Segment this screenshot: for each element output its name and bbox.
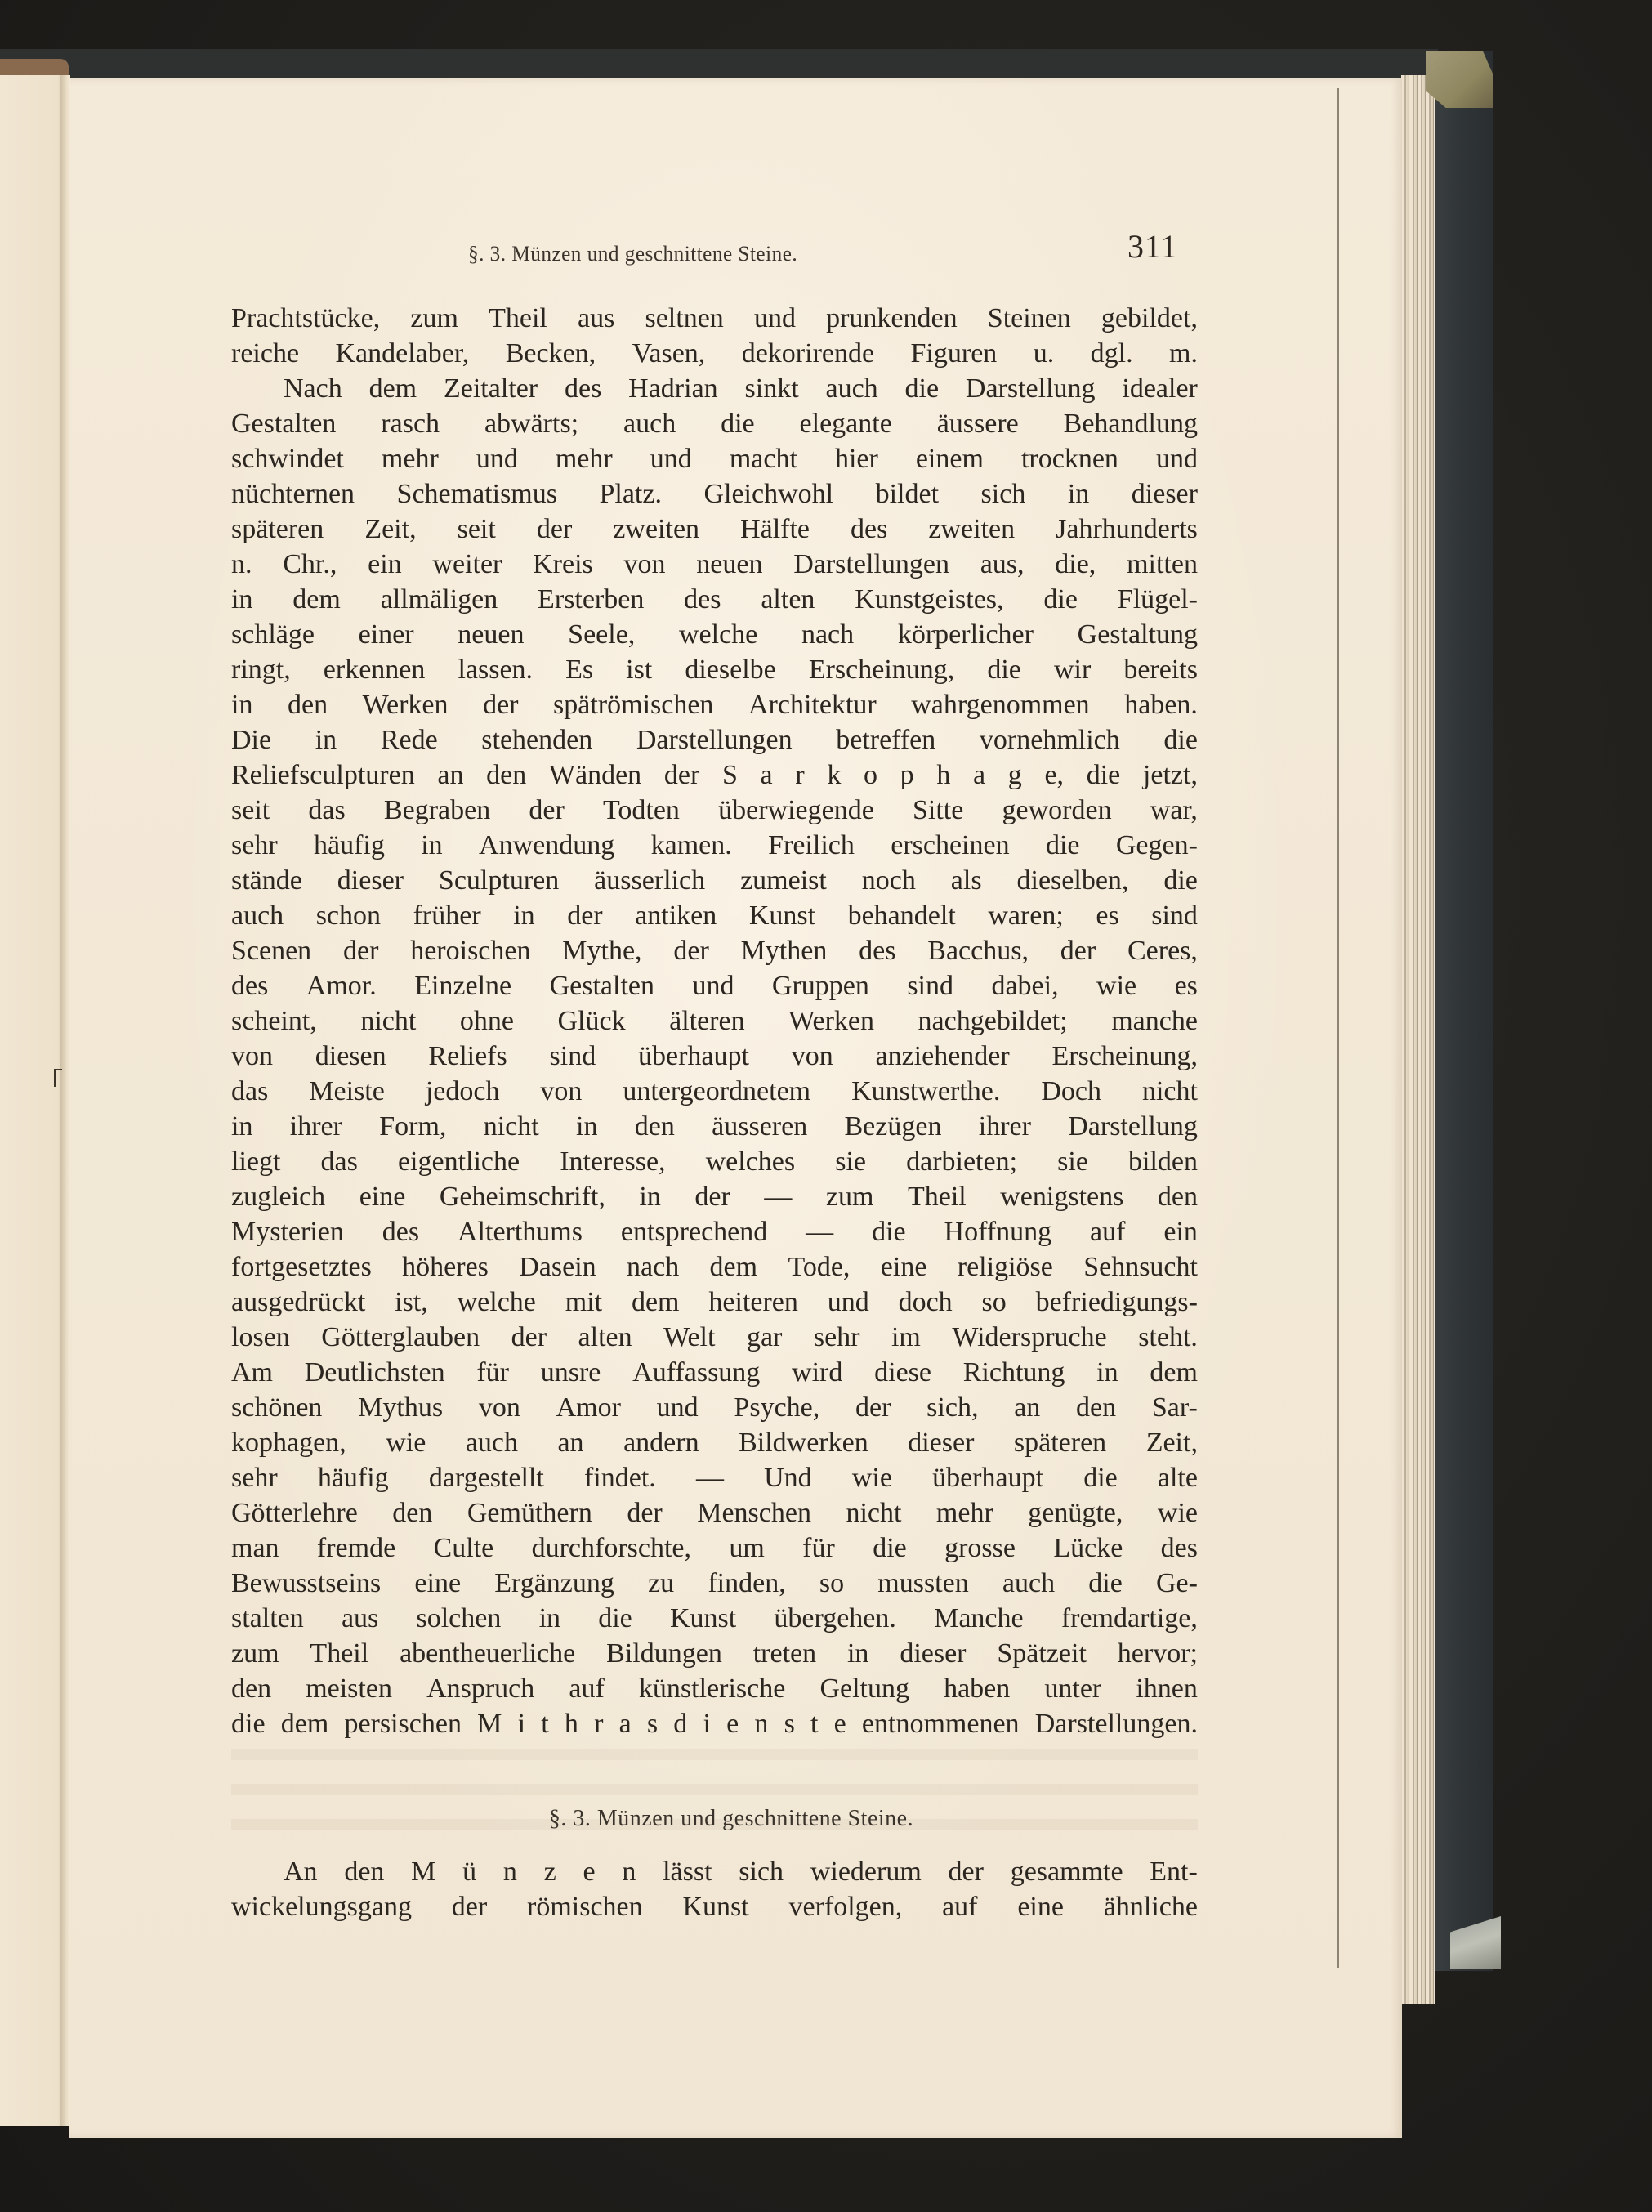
text-line: MysteriendesAlterthumsentsprechend—dieHo… <box>231 1214 1198 1249</box>
text-line: ringt,erkennenlassen.EsistdieselbeErsche… <box>231 652 1198 687</box>
text-line: BewusstseinseineErgänzungzufinden,somuss… <box>231 1566 1198 1601</box>
body-text: Prachtstücke,zumTheilausseltnenundprunke… <box>231 301 1198 1741</box>
left-page-headband <box>0 59 69 77</box>
book-cover-top-edge <box>0 49 1438 82</box>
text-line: diedempersischenMithrasdiensteentnommene… <box>231 1706 1198 1741</box>
text-line: denmeistenAnspruchaufkünstlerischeGeltun… <box>231 1671 1198 1706</box>
text-line: Gestaltenraschabwärts;auchdieeleganteäus… <box>231 406 1198 441</box>
left-facing-page <box>0 75 67 2126</box>
text-line: zumTheilabentheuerlicheBildungentretenin… <box>231 1636 1198 1671</box>
text-line: desAmor.EinzelneGestaltenundGruppensindd… <box>231 968 1198 1003</box>
section-heading: §. 3. Münzen und geschnittene Steine. <box>323 1806 1140 1832</box>
text-line: schlägeeinerneuenSeele,welchenachkörperl… <box>231 617 1198 652</box>
text-line: ständedieserSculpturenäusserlichzumeistn… <box>231 863 1198 898</box>
page-edge-line <box>1337 88 1339 1968</box>
text-line: zugleicheineGeheimschrift,inder—zumTheil… <box>231 1179 1198 1214</box>
text-line: sehrhäufigdargestelltfindet.—Undwieüberh… <box>231 1460 1198 1495</box>
margin-mark <box>54 1069 62 1087</box>
text-line: dasMeistejedochvonuntergeordnetemKunstwe… <box>231 1074 1198 1109</box>
page-gutter <box>60 75 70 2126</box>
page-number: 311 <box>1127 227 1178 266</box>
text-line: fortgesetzteshöheresDaseinnachdemTode,ei… <box>231 1249 1198 1285</box>
text-line: DieinRedestehendenDarstellungenbetreffen… <box>231 722 1198 757</box>
text-line: nüchternenSchematismusPlatz.Gleichwohlbi… <box>231 476 1198 512</box>
text-line: ausgedrücktist,welchemitdemheiterenunddo… <box>231 1285 1198 1320</box>
text-line: scheint,nichtohneGlückälterenWerkennachg… <box>231 1003 1198 1039</box>
text-line: n.Chr.,einweiterKreisvonneuenDarstellung… <box>231 547 1198 582</box>
text-line: AmDeutlichstenfürunsreAuffassungwirddies… <box>231 1355 1198 1390</box>
worn-cover-corner-top <box>1426 51 1493 108</box>
page-block-edges <box>1401 75 1435 2004</box>
text-line: sehrhäufiginAnwendungkamen.Freilichersch… <box>231 828 1198 863</box>
text-line: GötterlehredenGemüthernderMenschennichtm… <box>231 1495 1198 1531</box>
text-line: indemallmäligenErsterbendesaltenKunstgei… <box>231 582 1198 617</box>
text-line: indenWerkenderspätrömischenArchitekturwa… <box>231 687 1198 722</box>
text-line: NachdemZeitalterdesHadriansinktauchdieDa… <box>231 371 1198 406</box>
text-line: wickelungsgangderrömischenKunstverfolgen… <box>231 1889 1198 1924</box>
text-line: staltenaussolchenindieKunstübergehen.Man… <box>231 1601 1198 1636</box>
text-line: vondiesenReliefssindüberhauptvonanziehen… <box>231 1039 1198 1074</box>
section-body-text: AndenMünzenlässtsichwiederumdergesammteE… <box>231 1854 1198 1924</box>
text-line: inihrerForm,nichtindenäusserenBezügenihr… <box>231 1109 1198 1144</box>
text-line: reicheKandelaber,Becken,Vasen,dekorirend… <box>231 336 1198 371</box>
text-line: AndenMünzenlässtsichwiederumdergesammteE… <box>231 1854 1198 1889</box>
text-line: ReliefsculpturenandenWändenderSarkophage… <box>231 757 1198 793</box>
text-line: ScenenderheroischenMythe,derMythendesBac… <box>231 933 1198 968</box>
text-line: schönenMythusvonAmorundPsyche,dersich,an… <box>231 1390 1198 1425</box>
running-header: §. 3. Münzen und geschnittene Steine. <box>468 242 797 266</box>
text-line: losenGötterglaubenderaltenWeltgarsehrimW… <box>231 1320 1198 1355</box>
text-line: schwindetmehrundmehrundmachthiereinemtro… <box>231 441 1198 476</box>
text-line: manfremdeCultedurchforschte,umfürdiegros… <box>231 1531 1198 1566</box>
text-line: liegtdaseigentlicheInteresse,welchessied… <box>231 1144 1198 1179</box>
text-line: seitdasBegrabenderTodtenüberwiegendeSitt… <box>231 793 1198 828</box>
text-line: Prachtstücke,zumTheilausseltnenundprunke… <box>231 301 1198 336</box>
book-cover-right-edge <box>1434 51 1493 1971</box>
text-line: auchschonfrüherinderantikenKunstbehandel… <box>231 898 1198 933</box>
text-line: kophagen,wieauchanandernBildwerkendieser… <box>231 1425 1198 1460</box>
text-line: späterenZeit,seitderzweitenHälftedeszwei… <box>231 512 1198 547</box>
